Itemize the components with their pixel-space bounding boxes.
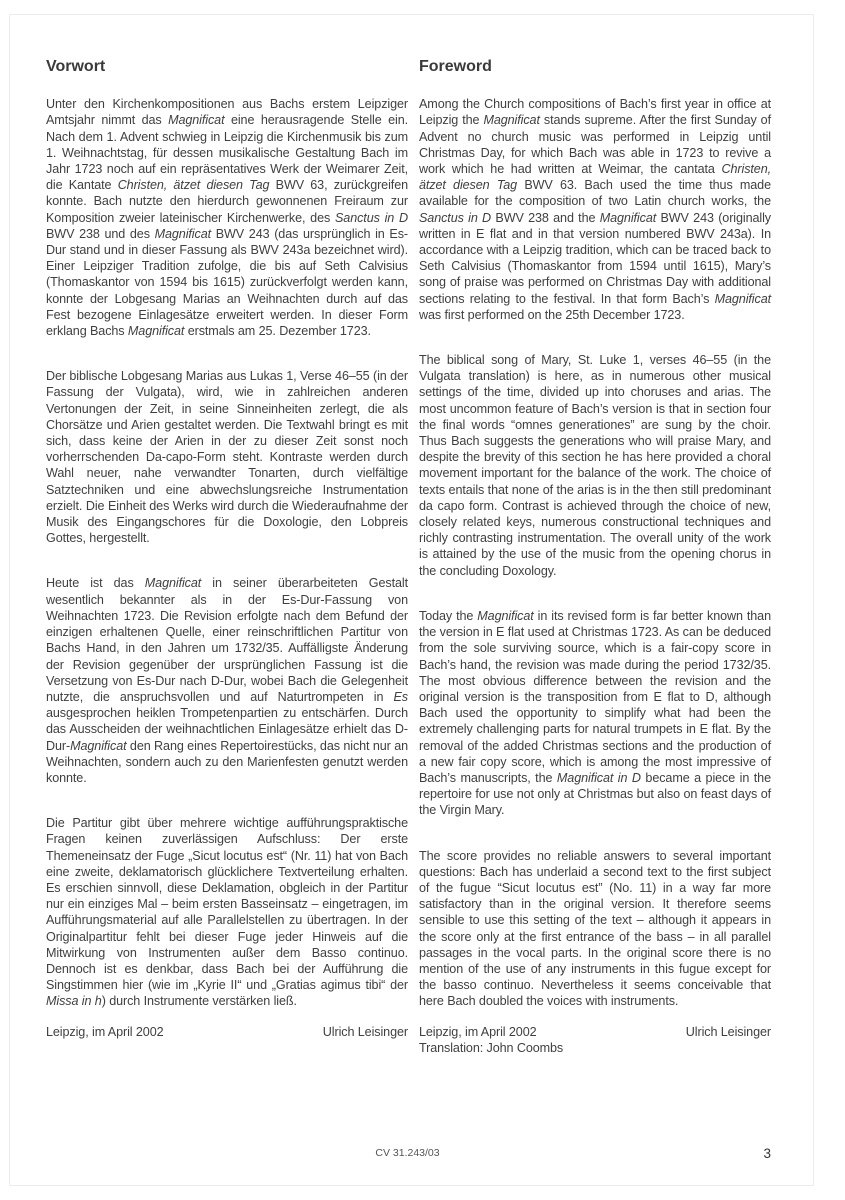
column-english: Foreword Among the Church compositions o… <box>419 59 771 1056</box>
german-paragraph-3: Heute ist das Magnificat in seiner übera… <box>46 575 408 786</box>
column-german: Vorwort Unter den Kirchenkompositionen a… <box>46 59 408 1040</box>
footer-catalog-number: CV 31.243/03 <box>10 1147 805 1159</box>
german-paragraph-1: Unter den Kirchenkompositionen aus Bachs… <box>46 96 408 339</box>
heading-english: Foreword <box>419 59 771 75</box>
english-paragraph-4: The score provides no reliable answers t… <box>419 848 771 1010</box>
german-paragraph-4: Die Partitur gibt über mehrere wichtige … <box>46 815 408 1009</box>
signature-english: Leipzig, im April 2002 Ulrich Leisinger <box>419 1024 771 1040</box>
signature-english-author: Ulrich Leisinger <box>686 1024 771 1040</box>
english-paragraph-1: Among the Church compositions of Bach’s … <box>419 96 771 323</box>
english-paragraph-3: Today the Magnificat in its revised form… <box>419 608 771 819</box>
signature-english-translation: Translation: John Coombs <box>419 1040 771 1056</box>
english-paragraph-2: The biblical song of Mary, St. Luke 1, v… <box>419 352 771 579</box>
signature-german-place-date: Leipzig, im April 2002 <box>46 1024 164 1040</box>
document-page: Vorwort Unter den Kirchenkompositionen a… <box>9 14 814 1186</box>
signature-english-place-date: Leipzig, im April 2002 <box>419 1024 537 1040</box>
signature-german-author: Ulrich Leisinger <box>323 1024 408 1040</box>
german-paragraph-2: Der biblische Lobgesang Marias aus Lukas… <box>46 368 408 546</box>
page-number: 3 <box>763 1146 771 1161</box>
signature-german: Leipzig, im April 2002 Ulrich Leisinger <box>46 1024 408 1040</box>
heading-german: Vorwort <box>46 59 408 75</box>
